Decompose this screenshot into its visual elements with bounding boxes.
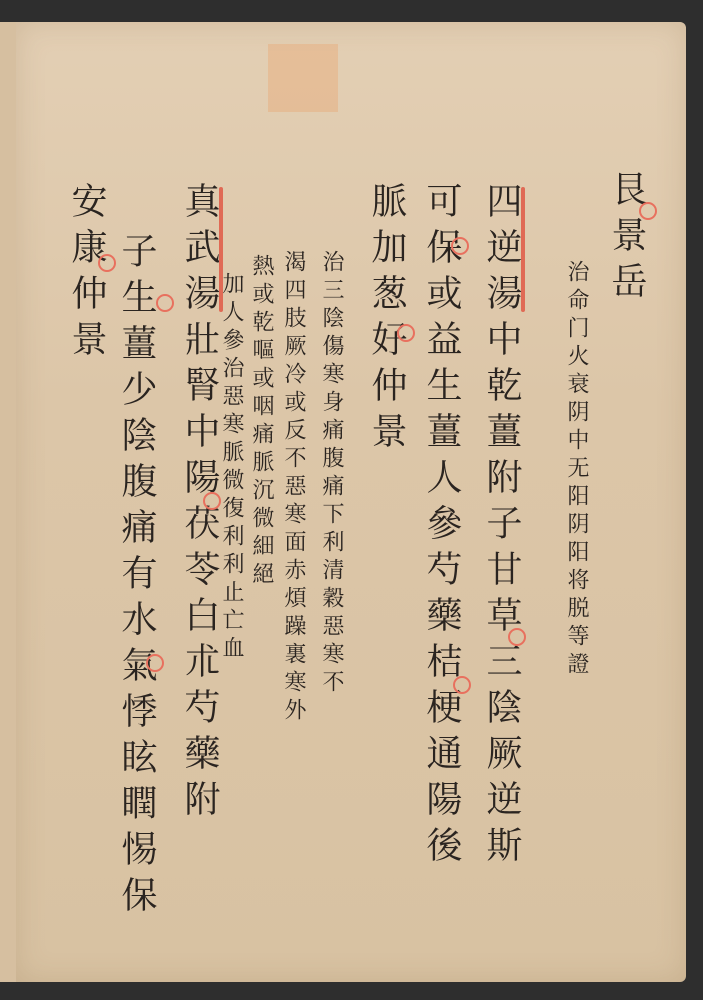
column-8-note: 熱或乾嘔或咽痛脈沉微細絕 <box>246 254 277 590</box>
column-5: 脈加葱好仲景 <box>361 182 412 458</box>
column-6-note: 治三陰傷寒身痛腹痛下利清穀惡寒不 <box>316 250 347 698</box>
punctuation-circle <box>203 492 221 510</box>
column-7-note: 渴四肢厥冷或反不惡寒面赤煩躁裏寒外 <box>278 250 309 726</box>
punctuation-circle <box>453 676 471 694</box>
column-3-siniutang: 四逆湯中乾薑附子甘草三陰厥逆斯 <box>476 182 527 872</box>
manuscript-page: 艮景岳 治命门火衰阴中无阳阴阳将脱等證 四逆湯中乾薑附子甘草三陰厥逆斯 可保或益… <box>16 22 686 982</box>
seal-stamp <box>268 44 338 112</box>
column-11: 子生薑少陰腹痛有水氣悸眩瞤惕保 <box>111 232 162 922</box>
column-4: 可保或益生薑人參芍藥桔梗通陽後 <box>416 182 467 872</box>
punctuation-circle <box>508 628 526 646</box>
column-12: 安康仲景 <box>61 182 112 366</box>
punctuation-circle <box>451 237 469 255</box>
column-1-title: 艮景岳 <box>601 170 652 308</box>
punctuation-circle <box>639 202 657 220</box>
punctuation-circle <box>156 294 174 312</box>
punctuation-circle <box>146 654 164 672</box>
column-2-note: 治命门火衰阴中无阳阴阳将脱等證 <box>561 260 592 680</box>
punctuation-circle <box>98 254 116 272</box>
punctuation-circle <box>397 324 415 342</box>
